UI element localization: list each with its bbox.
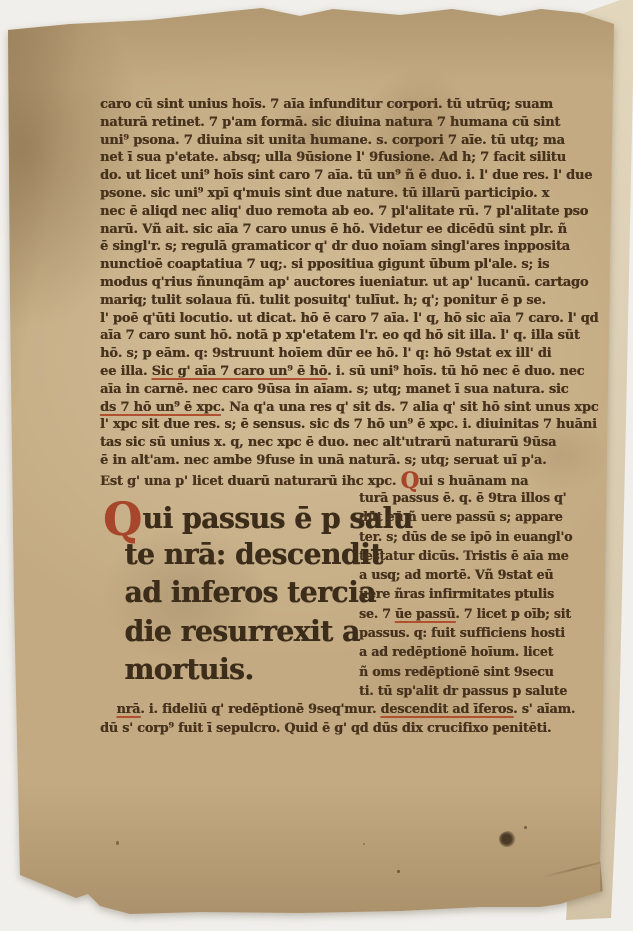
text-line: l' xpc sit due res. s; ē sensus. sic ds … (100, 416, 548, 434)
text-segment: uere ñras infirmitates ptulis (359, 587, 554, 602)
text-line: ee illa. Sic g' aīa 7 caro un⁹ ē hō. i. … (100, 363, 548, 381)
text-line: testatur dicūs. Tristis ē aīa me (359, 547, 555, 566)
text-line: turā passus ē. q. ē 9tra illos q' (359, 489, 555, 508)
text-segment: ti. tū sp'alit dr passus p salute (359, 684, 567, 699)
text-segment: caro cū sint unius hoīs. 7 aīa infunditu… (100, 96, 553, 112)
text-segment: aīa 7 caro sunt hō. notā p xp'etatem l'r… (100, 327, 580, 343)
text-segment: ñ oms redēptionē sint 9secu (359, 665, 554, 680)
text-segment: ūe passū (395, 607, 455, 622)
text-line: dūt eū ñ uere passū s; appare (359, 508, 555, 527)
text-segment: turā passus ē. q. ē 9tra illos q' (359, 491, 566, 506)
text-segment: mariq; tulit solaua fū. tulit posuitq' t… (100, 292, 546, 308)
text-line: naturā retinet. 7 p'am formā. sic diuina… (100, 114, 548, 132)
rubric-display-block: Qui passus ē p salute nrā: descenditad i… (103, 496, 365, 689)
text-line: a usq; ad mortē. Vñ 9stat eū (359, 566, 555, 585)
text-line: uni⁹ psona. 7 diuina sit unita humane. s… (100, 132, 548, 150)
text-line: Est g' una p' licet duarū naturarū ihc x… (100, 470, 548, 488)
text-line: nrā. i. fideliū q' redēptionē 9seq'mur. … (100, 701, 556, 720)
text-segment: ds 7 hō un⁹ ē xpc (100, 399, 220, 415)
parchment-crease (600, 760, 602, 900)
text-segment: ee illa. (100, 363, 152, 379)
bottom-text-block: nrā. i. fideliū q' redēptionē 9seq'mur. … (100, 701, 570, 738)
text-segment: l' xpc sit due res. s; ē sensus. sic ds … (100, 416, 597, 432)
page-wrap: caro cū sint unius hoīs. 7 aīa infunditu… (0, 0, 633, 931)
text-segment: a ad redēptionē hoīum. licet (359, 645, 553, 660)
text-segment: testatur dicūs. Tristis ē aīa me (359, 549, 569, 564)
text-line: modus q'rius ñnunqām ap' auctores iuenia… (100, 274, 548, 292)
text-line: narū. Vñ ait. sic aīa 7 caro unus ē hō. … (100, 221, 548, 239)
text-segment: descendit ad īferos (380, 702, 513, 717)
text-segment: narū. Vñ ait. sic aīa 7 caro unus ē hō. … (100, 221, 567, 237)
text-segment: . i. sū uni⁹ hoīs. tū hō nec ē duo. nec (327, 363, 584, 379)
text-segment: l' poē q'ūti locutio. ut dicat. hō ē car… (100, 310, 598, 326)
text-line: se. 7 ūe passū. 7 licet p oīb; sit (359, 605, 555, 624)
text-segment: dū s' corp⁹ fuit ī sepulcro. Quid ē g' q… (100, 721, 551, 736)
text-line: te nrā: descendit (103, 535, 357, 574)
text-line: nec ē aliqd nec aliq' duo remota ab eo. … (100, 203, 548, 221)
text-segment: hō. s; p eām. q: 9struunt hoīem dūr ee h… (100, 345, 551, 361)
text-line: ñ oms redēptionē sint 9secu (359, 663, 555, 682)
main-text-block: caro cū sint unius hoīs. 7 aīa infunditu… (100, 96, 562, 488)
text-segment: se. 7 (359, 607, 395, 622)
ink-speck (397, 870, 400, 873)
text-line: Qui passus ē p salu (103, 496, 357, 535)
text-segment: . Na q'a una res q' sit ds. 7 alia q' si… (220, 399, 598, 415)
text-segment: naturā retinet. 7 p'am formā. sic diuina… (100, 114, 560, 130)
text-segment: mortuis. (124, 652, 253, 686)
text-line: ē singl'r. s; regulā gramaticor q' dr du… (100, 238, 548, 256)
text-segment: dūt eū ñ uere passū s; appare (359, 510, 563, 525)
text-line: psone. sic uni⁹ xpī q'muis sint due natu… (100, 185, 548, 203)
text-line: l' poē q'ūti locutio. ut dicat. hō ē car… (100, 310, 548, 328)
manuscript-page: caro cū sint unius hoīs. 7 aīa infunditu… (0, 0, 633, 931)
text-segment: Est g' una p' licet duarū naturarū ihc x… (100, 473, 400, 489)
text-segment: . i. fideliū q' redēptionē 9seq'mur. (140, 702, 380, 717)
text-segment: ad inferos tercia (124, 575, 376, 609)
text-segment: die resurrexit a (124, 614, 359, 648)
text-line: dū s' corp⁹ fuit ī sepulcro. Quid ē g' q… (100, 720, 556, 739)
text-line: die resurrexit a (103, 612, 357, 651)
text-segment: nunctioē coaptatiua 7 uq;. si ppositiua … (100, 256, 549, 272)
text-line: mortuis. (103, 650, 357, 689)
text-line: ter. s; dūs de se ipō in euangl'o (359, 528, 555, 547)
text-segment: ē in alt'am. nec ambe 9fuse in unā natur… (100, 452, 546, 468)
text-line: aīa in carnē. nec caro 9ūsa in aīam. s; … (100, 381, 548, 399)
text-segment: nec ē aliqd nec aliq' duo remota ab eo. … (100, 203, 588, 219)
text-segment: Sic g' aīa 7 caro un⁹ ē hō (152, 363, 327, 379)
text-segment: ē singl'r. s; regulā gramaticor q' dr du… (100, 238, 570, 254)
text-line: a ad redēptionē hoīum. licet (359, 643, 555, 662)
ink-blot (499, 831, 516, 847)
ink-speck (524, 826, 527, 829)
text-line: nunctioē coaptatiua 7 uq;. si ppositiua … (100, 256, 548, 274)
text-segment: . 7 licet p oīb; sit (455, 607, 571, 622)
text-line: net ī sua p'etate. absq; ulla 9ūsione l'… (100, 149, 548, 167)
commentary-column: turā passus ē. q. ē 9tra illos q'dūt eū … (359, 489, 561, 701)
text-line: ad inferos tercia (103, 573, 357, 612)
text-line: uere ñras infirmitates ptulis (359, 585, 555, 604)
text-segment: ter. s; dūs de se ipō in euangl'o (359, 530, 572, 545)
text-segment: psone. sic uni⁹ xpī q'muis sint due natu… (100, 185, 549, 201)
text-segment: do. ut licet uni⁹ hoīs sint caro 7 aīa. … (100, 167, 592, 183)
text-line: tas sic sū unius x. q, nec xpc ē duo. ne… (100, 434, 548, 452)
text-segment: . s' aīam. (513, 702, 575, 717)
text-line: passus. q: fuit sufficiens hosti (359, 624, 555, 643)
ink-speck (363, 843, 365, 845)
text-segment: tas sic sū unius x. q, nec xpc ē duo. ne… (100, 434, 556, 450)
text-line: aīa 7 caro sunt hō. notā p xp'etatem l'r… (100, 327, 548, 345)
text-line: do. ut licet uni⁹ hoīs sint caro 7 aīa. … (100, 167, 548, 185)
text-segment: aīa in carnē. nec caro 9ūsa in aīam. s; … (100, 381, 568, 397)
text-line: mariq; tulit solaua fū. tulit posuitq' t… (100, 292, 548, 310)
text-line: ds 7 hō un⁹ ē xpc. Na q'a una res q' sit… (100, 399, 548, 417)
text-segment: net ī sua p'etate. absq; ulla 9ūsione l'… (100, 149, 566, 165)
text-segment: nrā (116, 702, 140, 717)
photo-background: caro cū sint unius hoīs. 7 aīa infunditu… (0, 0, 633, 931)
text-line: hō. s; p eām. q: 9struunt hoīem dūr ee h… (100, 345, 548, 363)
text-line: ē in alt'am. nec ambe 9fuse in unā natur… (100, 452, 548, 470)
text-segment: uni⁹ psona. 7 diuina sit unita humane. s… (100, 132, 565, 148)
text-segment: te nrā: descendit (124, 537, 382, 571)
text-segment: ui s huānam na (419, 473, 528, 489)
ink-speck (116, 841, 119, 845)
text-line: ti. tū sp'alit dr passus p salute (359, 682, 555, 701)
parchment-crease (541, 860, 609, 878)
text-segment: modus q'rius ñnunqām ap' auctores iuenia… (100, 274, 588, 290)
text-segment: passus. q: fuit sufficiens hosti (359, 626, 565, 641)
text-line: caro cū sint unius hoīs. 7 aīa infunditu… (100, 96, 548, 114)
text-segment: a usq; ad mortē. Vñ 9stat eū (359, 568, 553, 583)
